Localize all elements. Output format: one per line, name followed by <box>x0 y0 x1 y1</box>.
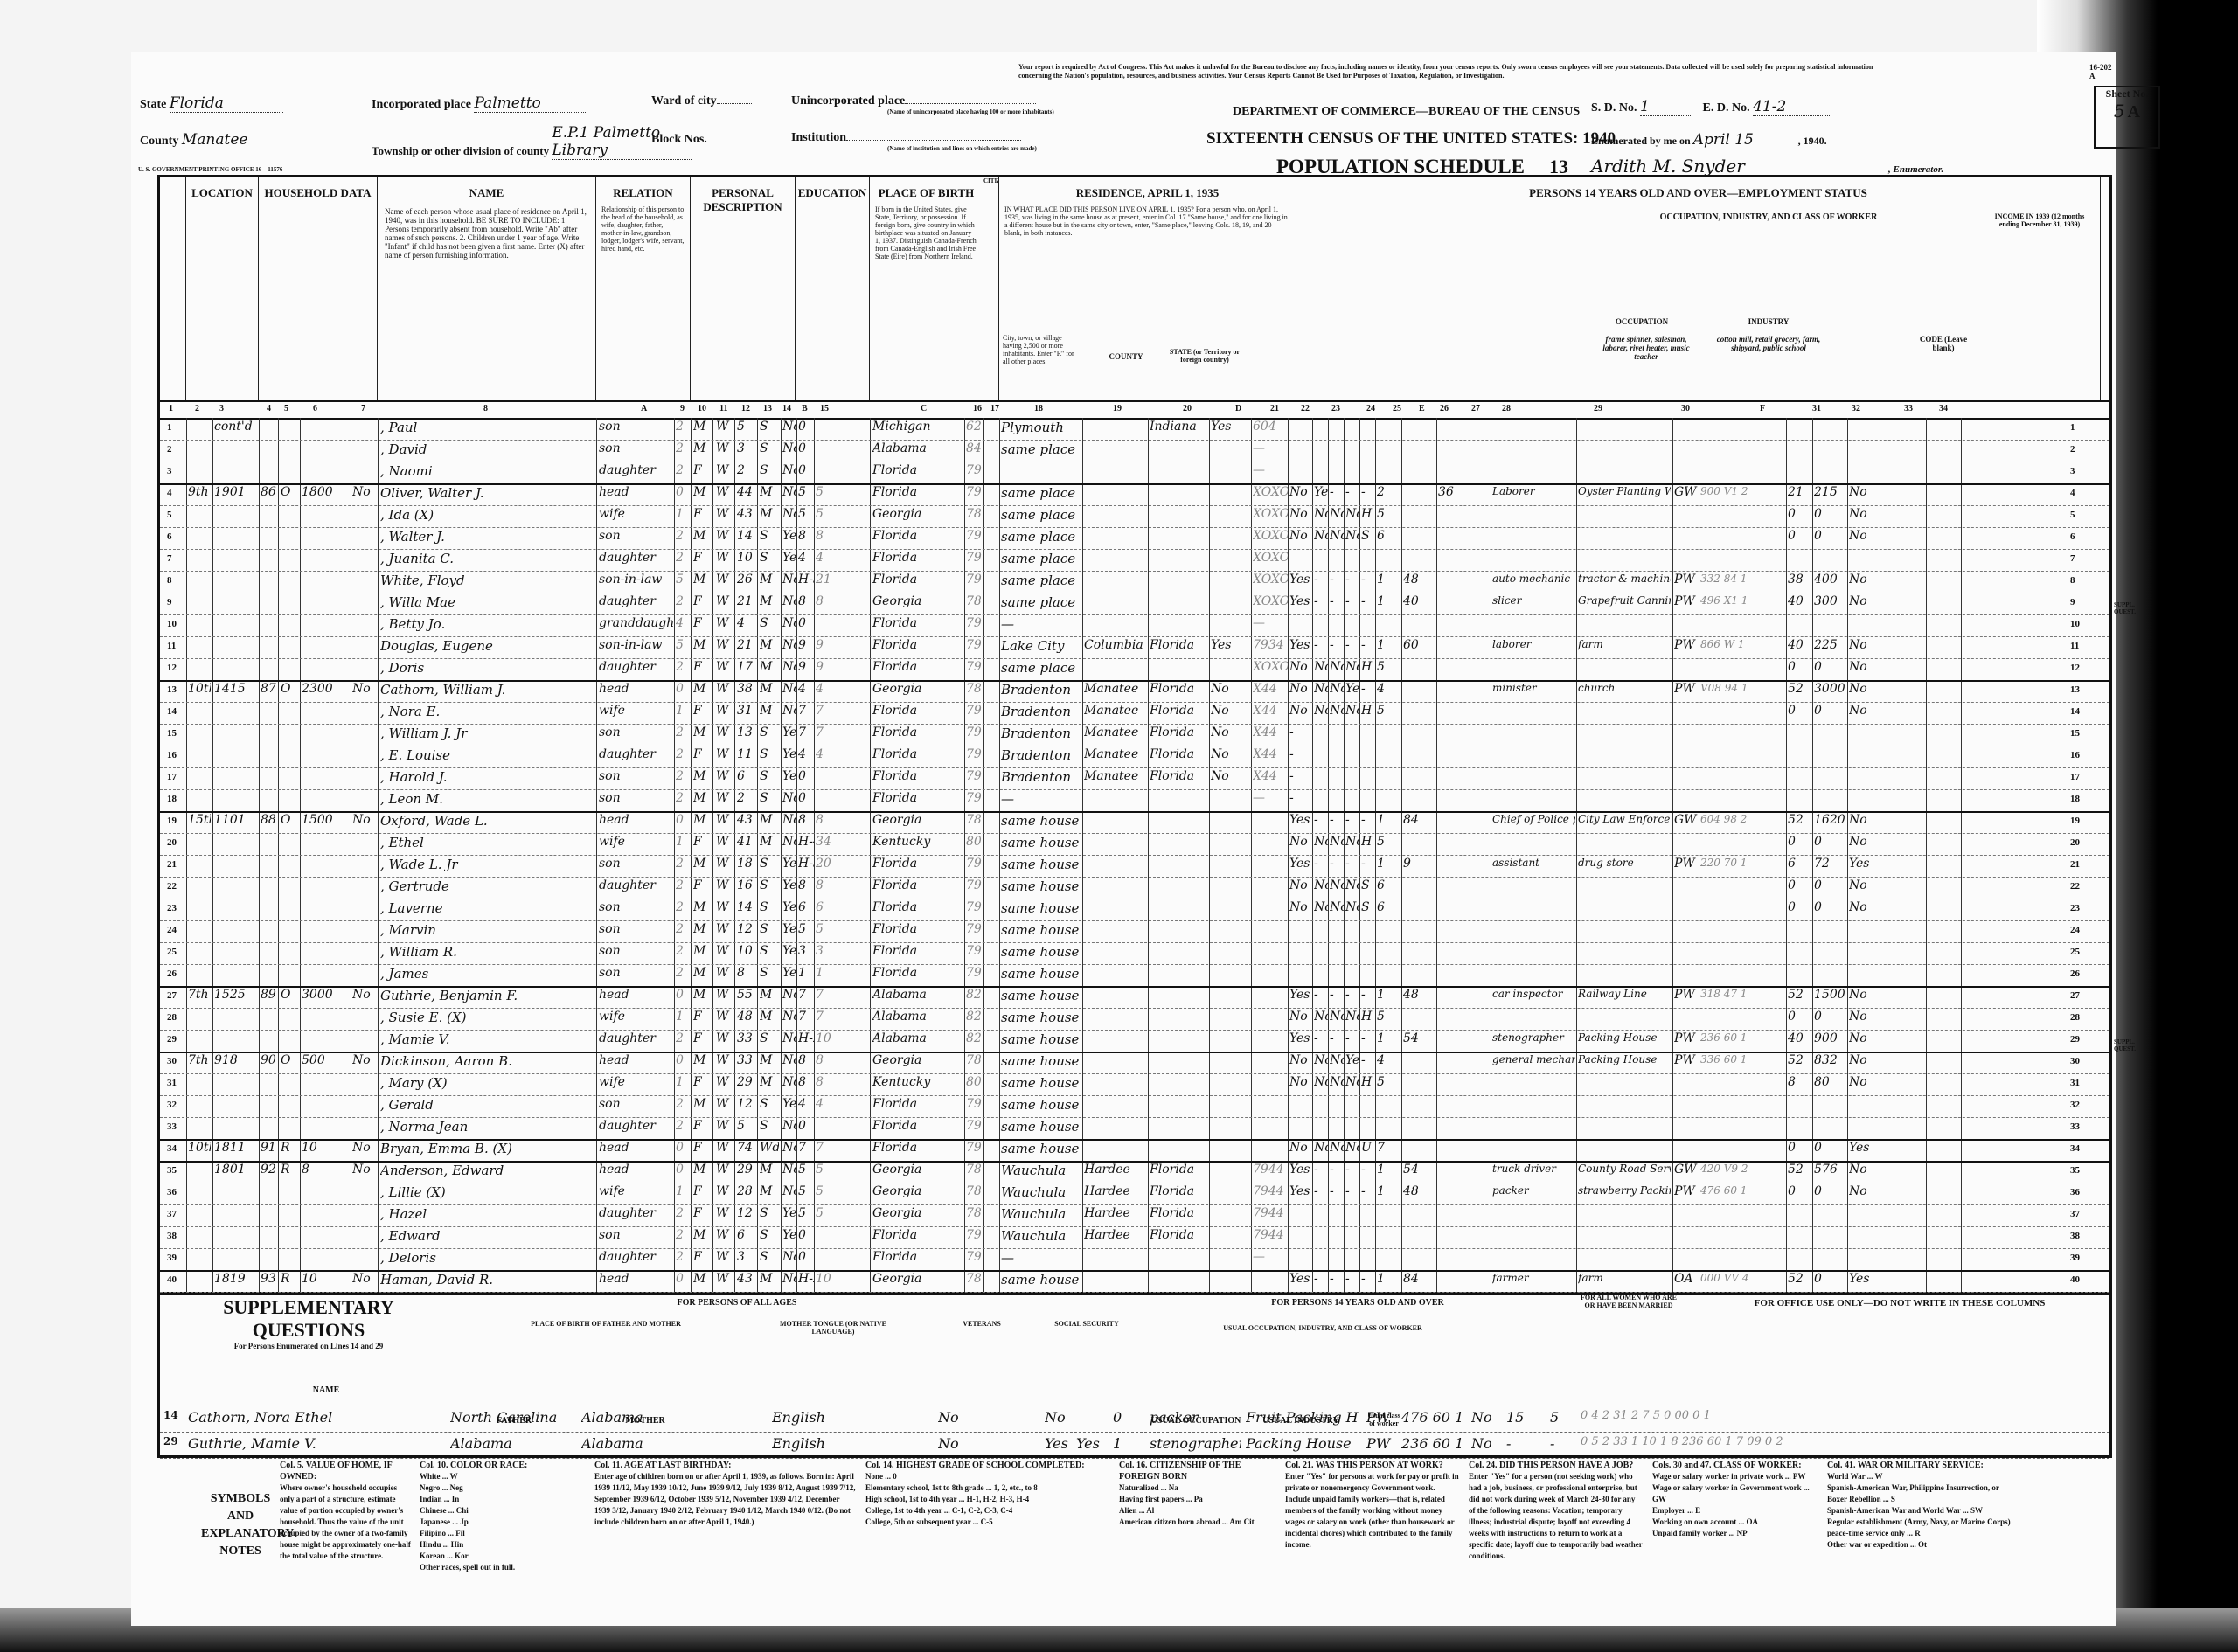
cell-code-f: 900 V1 2 <box>1700 485 1784 497</box>
cell-visit: 90 <box>261 1053 278 1067</box>
line-number-right: 39 <box>2070 1253 2080 1263</box>
cell-relation: daughter <box>599 1206 673 1220</box>
cell-seeking: No <box>1330 660 1344 674</box>
cell-school: Yes <box>782 1228 796 1242</box>
cell-activity: - <box>1361 1184 1375 1198</box>
cell-school: Yes <box>782 551 796 565</box>
cell-weeks: 0 <box>1788 660 1811 674</box>
cell-activity: - <box>1361 988 1375 1002</box>
cell-weeks: 8 <box>1788 1075 1811 1089</box>
cell-code-c: 79 <box>966 769 983 783</box>
supp-cell-line: 29 <box>163 1435 184 1447</box>
cell-marital: M <box>760 1010 779 1024</box>
cell-res-farm: Yes <box>1211 420 1249 434</box>
cell-res-city: same house <box>1001 966 1081 982</box>
cell-res-state: Florida <box>1150 1228 1207 1242</box>
cell-activity: H <box>1361 835 1375 849</box>
line-number-right: 38 <box>2070 1231 2080 1241</box>
cell-race: W <box>716 573 733 587</box>
cell-industry: drug store <box>1578 857 1671 869</box>
cell-code-e: 1 <box>1377 638 1400 652</box>
cell-sex: M <box>693 813 711 827</box>
cell-emerg: No <box>1314 660 1328 674</box>
cell-activity: U <box>1361 1141 1375 1155</box>
cell-activity: - <box>1361 485 1375 499</box>
cell-birthplace: Georgia <box>872 1206 963 1220</box>
cell-emerg: No <box>1314 1010 1328 1024</box>
cell-marital: S <box>760 966 779 980</box>
line-number-right: 29 <box>2070 1034 2080 1045</box>
cell-school: No <box>782 1250 796 1264</box>
cell-code-b: 9 <box>816 638 833 652</box>
cell-marital: S <box>760 463 779 477</box>
cell-birthplace: Florida <box>872 725 963 739</box>
cell-age: 14 <box>737 900 756 914</box>
cell-code-a: 2 <box>676 878 690 892</box>
cell-grade: 8 <box>798 529 814 543</box>
cell-other-income: No <box>1849 529 1886 543</box>
cell-sex: F <box>693 835 711 849</box>
column-number-row: 1 2 3 4 5 6 7 8 A 9 10 11 12 13 14 B 15 … <box>160 400 2109 420</box>
cell-visit: 88 <box>261 813 278 827</box>
cell-grade: 5 <box>798 485 814 499</box>
line-number-right: 8 <box>2070 575 2075 586</box>
line-number-right: 19 <box>2070 816 2080 826</box>
cell-at-work: No <box>1289 660 1312 674</box>
col-group-employment: PERSONS 14 YEARS OLD AND OVER—EMPLOYMENT… <box>1296 177 2101 400</box>
cell-code-b: 1 <box>816 966 833 980</box>
line-number-right: 13 <box>2070 684 2080 695</box>
cell-age: 44 <box>737 485 756 499</box>
cell-code-a: 2 <box>676 966 690 980</box>
cell-school: No <box>782 704 796 718</box>
cell-emerg: No <box>1314 682 1328 696</box>
line-number: 19 <box>167 816 177 826</box>
table-row: 3333, Norma Jeandaughter2FW5SNo0Florida7… <box>160 1117 2109 1141</box>
cell-res-farm: No <box>1211 725 1249 739</box>
cell-industry: County Road Service <box>1578 1163 1671 1175</box>
cell-relation: son <box>599 529 673 543</box>
cell-code-d: XOXO <box>1253 485 1288 499</box>
cell-race: W <box>716 1053 733 1067</box>
gpo-note: U. S. GOVERNMENT PRINTING OFFICE 16—1157… <box>138 166 282 173</box>
cell-weeks: 0 <box>1788 1010 1811 1024</box>
cell-class: PW <box>1674 1053 1699 1067</box>
line-number-right: 21 <box>2070 859 2080 870</box>
cell-race: W <box>716 616 733 630</box>
cell-marital: S <box>760 747 779 761</box>
cell-birthplace: Kentucky <box>872 1075 963 1089</box>
cell-wages: 0 <box>1814 1272 1845 1286</box>
cell-age: 33 <box>737 1053 756 1067</box>
cell-age: 41 <box>737 835 756 849</box>
cell-code-d: XOXO <box>1253 660 1288 674</box>
cell-race: W <box>716 900 733 914</box>
cell-race: W <box>716 944 733 958</box>
cell-age: 12 <box>737 1097 756 1111</box>
cell-name: , Wade L. Jr <box>380 857 594 872</box>
cell-house: cont'd <box>214 420 258 434</box>
line-number: 6 <box>167 531 172 542</box>
cell-birthplace: Georgia <box>872 813 963 827</box>
cell-wages: 832 <box>1814 1053 1845 1067</box>
cell-emerg: - <box>1314 1163 1328 1177</box>
cell-weeks: 52 <box>1788 1272 1811 1286</box>
cell-activity: H <box>1361 1075 1375 1089</box>
cell-house: 1811 <box>214 1141 258 1155</box>
line-number-right: 20 <box>2070 837 2080 848</box>
line-number-right: 7 <box>2070 553 2075 564</box>
cell-name: , William J. Jr <box>380 725 594 741</box>
cell-seeking: No <box>1330 682 1344 696</box>
cell-code-f: 866 W 1 <box>1700 638 1784 650</box>
cell-code-c: 79 <box>966 616 983 630</box>
table-row: 99, Willa Maedaughter2FW21MNo88Georgia78… <box>160 593 2109 615</box>
cell-relation: daughter <box>599 1250 673 1264</box>
cell-emerg: - <box>1314 1184 1328 1198</box>
cell-name: , Mary (X) <box>380 1075 594 1091</box>
cell-res-farm: No <box>1211 704 1249 718</box>
cell-res-city: same house <box>1001 988 1081 1003</box>
form-number: 16-202 A <box>2089 63 2116 80</box>
cell-age: 29 <box>737 1075 756 1089</box>
cell-grade: 5 <box>798 1163 814 1177</box>
cell-visit: 89 <box>261 988 278 1002</box>
supp-cell-mother: Alabama <box>581 1435 708 1452</box>
cell-code-f: 336 60 1 <box>1700 1053 1784 1065</box>
cell-farm: No <box>352 813 377 827</box>
cell-industry: strawberry Packing Shed <box>1578 1184 1671 1197</box>
line-number: 11 <box>167 641 176 651</box>
cell-relation: head <box>599 682 673 696</box>
line-number: 10 <box>167 619 177 629</box>
cell-grade: H-4 <box>798 835 814 849</box>
cell-other-income: No <box>1849 594 1886 608</box>
cell-code-e: 4 <box>1377 682 1400 696</box>
cell-class: GW <box>1674 485 1699 499</box>
cell-relation: daughter <box>599 660 673 674</box>
cell-birthplace: Florida <box>872 463 963 477</box>
cell-code-b: 8 <box>816 1075 833 1089</box>
table-row: 1717, Harold J.son2MW6SYes0Florida79Brad… <box>160 767 2109 790</box>
supp-cell-usual-class: PW <box>1366 1409 1398 1426</box>
note-item: College, 1st to 4th year ... C-1, C-2, C… <box>865 1505 1102 1517</box>
cell-school: Yes <box>782 769 796 783</box>
cell-weeks: 0 <box>1788 900 1811 914</box>
cell-res-state: Florida <box>1150 704 1207 718</box>
cell-grade: 0 <box>798 1119 814 1133</box>
table-row: 88White, Floydson-in-law5MW26MNoH-321Flo… <box>160 571 2109 593</box>
cell-grade: 4 <box>798 1097 814 1111</box>
symbols-title: SYMBOLS AND EXPLANATORY NOTES <box>201 1490 280 1560</box>
cell-res-county: Manatee <box>1084 769 1147 783</box>
cell-race: W <box>716 507 733 521</box>
cell-wages: 0 <box>1814 704 1845 718</box>
cell-marital: M <box>760 835 779 849</box>
cell-marital: M <box>760 1272 779 1286</box>
table-row: 343410th Ave181191R10NoBryan, Emma B. (X… <box>160 1139 2109 1163</box>
sd-field: S. D. No. 1 E. D. No. 41-2 <box>1591 98 1831 116</box>
cell-code-c: 78 <box>966 1184 983 1198</box>
cell-name: , Willa Mae <box>380 594 594 610</box>
cell-class: PW <box>1674 638 1699 652</box>
supp-cell-tongue: English <box>772 1409 894 1426</box>
cell-res-city: same house <box>1001 944 1081 960</box>
supp-cell-name: Cathorn, Nora Ethel <box>188 1409 441 1426</box>
cell-name: , William R. <box>380 944 594 960</box>
cell-other-income: No <box>1849 813 1886 827</box>
cell-res-county: Hardee <box>1084 1206 1147 1220</box>
cell-birthplace: Kentucky <box>872 835 963 849</box>
cell-res-farm: Yes <box>1211 638 1249 652</box>
cell-relation: head <box>599 485 673 499</box>
cell-code-b: 4 <box>816 551 833 565</box>
cell-wages: 0 <box>1814 1141 1845 1155</box>
cell-name: , Doris <box>380 660 594 676</box>
line-number-right: 31 <box>2070 1078 2080 1088</box>
cell-birthplace: Florida <box>872 747 963 761</box>
cell-at-work: - <box>1289 725 1312 739</box>
cell-relation: wife <box>599 1075 673 1089</box>
cell-farm: No <box>352 1053 377 1067</box>
cell-wages: 3000 <box>1814 682 1845 696</box>
cell-hours: 54 <box>1403 1163 1435 1177</box>
cell-grade: 8 <box>798 1053 814 1067</box>
cell-class: PW <box>1674 573 1699 587</box>
cell-res-state: Florida <box>1150 747 1207 761</box>
cell-emerg: - <box>1314 813 1328 827</box>
cell-relation: daughter <box>599 1031 673 1045</box>
cell-res-city: same house <box>1001 1010 1081 1025</box>
cell-job: - <box>1345 1031 1359 1045</box>
cell-res-county: Hardee <box>1084 1228 1147 1242</box>
cell-grade: 5 <box>798 1184 814 1198</box>
cell-sex: F <box>693 704 711 718</box>
cell-at-work: Yes <box>1289 1272 1312 1286</box>
cell-birthplace: Georgia <box>872 594 963 608</box>
cell-name: , Walter J. <box>380 529 594 545</box>
cell-emerg: No <box>1314 900 1328 914</box>
cell-sex: F <box>693 1031 711 1045</box>
cell-occupation: car inspector <box>1492 988 1575 1000</box>
cell-other-income: No <box>1849 704 1886 718</box>
cell-emerg: No <box>1314 529 1328 543</box>
cell-industry: tractor & machine shop <box>1578 573 1671 585</box>
cell-race: W <box>716 638 733 652</box>
cell-marital: S <box>760 791 779 805</box>
line-number: 34 <box>167 1143 177 1154</box>
cell-at-work: No <box>1289 1010 1312 1024</box>
cell-code-a: 1 <box>676 1010 690 1024</box>
supp-cell-code-j: 476 60 1 <box>1401 1409 1463 1426</box>
cell-code-f: 318 47 1 <box>1700 988 1784 1000</box>
cell-activity: - <box>1361 573 1375 587</box>
cell-farm: No <box>352 485 377 499</box>
cell-code-e: 1 <box>1377 573 1400 587</box>
sd-value: 1 <box>1640 98 1692 116</box>
line-number: 16 <box>167 750 177 760</box>
cell-job: No <box>1345 507 1359 521</box>
cell-job: No <box>1345 1141 1359 1155</box>
cell-code-c: 79 <box>966 529 983 543</box>
cell-activity: H <box>1361 1010 1375 1024</box>
cell-age: 2 <box>737 463 756 477</box>
cell-code-b: 10 <box>816 1272 833 1286</box>
cell-name: , Paul <box>380 420 594 435</box>
cell-sex: M <box>693 573 711 587</box>
line-number: 9 <box>167 597 172 607</box>
cell-res-city: same house <box>1001 1075 1081 1091</box>
note-item: Wage or salary worker in private work ..… <box>1652 1471 1818 1482</box>
line-number: 7 <box>167 553 172 564</box>
cell-relation: wife <box>599 1010 673 1024</box>
cell-code-e: 5 <box>1377 835 1400 849</box>
cell-name: , David <box>380 441 594 457</box>
cell-sex: F <box>693 551 711 565</box>
cell-code-a: 0 <box>676 485 690 499</box>
cell-relation: wife <box>599 1184 673 1198</box>
cell-age: 3 <box>737 1250 756 1264</box>
cell-industry: church <box>1578 682 1671 694</box>
cell-code-c: 79 <box>966 1119 983 1133</box>
cell-name: , Ethel <box>380 835 594 850</box>
cell-race: W <box>716 813 733 827</box>
cell-sex: M <box>693 638 711 652</box>
cell-occupation: farmer <box>1492 1272 1575 1284</box>
cell-job: - <box>1345 813 1359 827</box>
cell-grade: 5 <box>798 1206 814 1220</box>
state-value: Florida <box>170 94 283 113</box>
cell-res-county: Columbia <box>1084 638 1147 652</box>
note-col10: Col. 10. COLOR OR RACE:White ... WNegro … <box>420 1460 577 1573</box>
cell-birthplace: Florida <box>872 529 963 543</box>
cell-relation: son <box>599 1228 673 1242</box>
cell-code-a: 0 <box>676 682 690 696</box>
cell-school: No <box>782 616 796 630</box>
cell-wages: 72 <box>1814 857 1845 871</box>
cell-code-e: 1 <box>1377 594 1400 608</box>
cell-other-income: No <box>1849 1184 1886 1198</box>
supp-cell-usual-industry: Packing House <box>1246 1435 1359 1452</box>
cell-code-d: 7944 <box>1253 1163 1288 1177</box>
note-col11: Col. 11. AGE AT LAST BIRTHDAY:Enter age … <box>594 1460 857 1528</box>
cell-name: , Susie E. (X) <box>380 1010 594 1025</box>
cell-own: O <box>281 813 298 827</box>
cell-wages: 225 <box>1814 638 1845 652</box>
line-number-right: 10 <box>2070 619 2080 629</box>
cell-code-b: 5 <box>816 1184 833 1198</box>
cell-code-c: 79 <box>966 791 983 805</box>
table-row: 3737, Hazeldaughter2FW12SYes55Georgia78W… <box>160 1204 2109 1227</box>
supp-cell-mother: Alabama <box>581 1409 708 1426</box>
cell-name: , E. Louise <box>380 747 594 763</box>
cell-code-b: 7 <box>816 704 833 718</box>
cell-code-a: 1 <box>676 704 690 718</box>
cell-code-a: 2 <box>676 1119 690 1133</box>
cell-grade: 8 <box>798 594 814 608</box>
enumeration-date-field: Enumerated by me on April 15, 1940. <box>1591 131 1827 149</box>
incorporated-place-value: Palmetto <box>474 94 587 113</box>
table-row: 3939, Delorisdaughter2FW3SNo0Florida79—— <box>160 1248 2109 1272</box>
line-number: 8 <box>167 575 172 586</box>
cell-code-e: 2 <box>1377 485 1400 499</box>
cell-code-c: 78 <box>966 1206 983 1220</box>
cell-birthplace: Alabama <box>872 1031 963 1045</box>
cell-house: 918 <box>214 1053 258 1067</box>
cell-grade: 5 <box>798 507 814 521</box>
cell-code-b: 7 <box>816 725 833 739</box>
line-number-right: 1 <box>2070 422 2075 433</box>
cell-code-e: 5 <box>1377 1075 1400 1089</box>
table-row: 2121, Wade L. Jrson2MW18SYesH-320Florida… <box>160 855 2109 878</box>
cell-code-e: 1 <box>1377 813 1400 827</box>
institution-field: Institution (Name of institution and lin… <box>791 131 1037 152</box>
cell-school: No <box>782 463 796 477</box>
cell-res-city: Bradenton <box>1001 725 1081 741</box>
note-item: American citizen born abroad ... Am Cit <box>1119 1517 1276 1528</box>
cell-job: - <box>1345 857 1359 871</box>
cell-code-e: 1 <box>1377 1272 1400 1286</box>
cell-relation: son <box>599 791 673 805</box>
cell-code-c: 84 <box>966 441 983 455</box>
cell-seeking: No <box>1330 507 1344 521</box>
cell-code-c: 79 <box>966 1141 983 1155</box>
table-row: 3636, Lillie (X)wife1FW28MNo55Georgia78W… <box>160 1183 2109 1205</box>
cell-at-work: Yes <box>1289 1031 1312 1045</box>
cell-name: , Laverne <box>380 900 594 916</box>
cell-activity: - <box>1361 638 1375 652</box>
cell-name: , Naomi <box>380 463 594 479</box>
cell-wages: 80 <box>1814 1075 1845 1089</box>
cell-at-work: No <box>1289 485 1312 499</box>
cell-grade: 7 <box>798 725 814 739</box>
cell-grade: H-3 <box>798 857 814 871</box>
cell-code-d: X44 <box>1253 704 1288 718</box>
cell-emerg: - <box>1314 638 1328 652</box>
cell-school: Yes <box>782 900 796 914</box>
cell-wages: 0 <box>1814 835 1845 849</box>
cell-at-work: No <box>1289 507 1312 521</box>
line-number-right: 5 <box>2070 510 2075 520</box>
cell-wages: 0 <box>1814 900 1845 914</box>
cell-code-b: 7 <box>816 1010 833 1024</box>
cell-name: Bryan, Emma B. (X) <box>380 1141 594 1156</box>
cell-code-e: 1 <box>1377 1184 1400 1198</box>
cell-res-county: Hardee <box>1084 1184 1147 1198</box>
cell-res-city: — <box>1001 616 1081 632</box>
cell-relation: son-in-law <box>599 638 673 652</box>
cell-res-state: Florida <box>1150 682 1207 696</box>
cell-school: No <box>782 1010 796 1024</box>
cell-sex: F <box>693 1010 711 1024</box>
cell-sex: M <box>693 988 711 1002</box>
cell-activity: S <box>1361 900 1375 914</box>
cell-code-a: 2 <box>676 857 690 871</box>
cell-code-b: 6 <box>816 900 833 914</box>
cell-code-a: 0 <box>676 1272 690 1286</box>
cell-activity: - <box>1361 813 1375 827</box>
cell-school: No <box>782 1075 796 1089</box>
cell-emerg: - <box>1314 1031 1328 1045</box>
cell-res-city: — <box>1001 1250 1081 1266</box>
cell-race: W <box>716 682 733 696</box>
cell-code-b: 7 <box>816 1141 833 1155</box>
cell-age: 17 <box>737 660 756 674</box>
cell-school: Yes <box>782 747 796 761</box>
cell-code-a: 2 <box>676 529 690 543</box>
cell-own: R <box>281 1272 298 1286</box>
cell-code-d: 7934 <box>1253 638 1288 652</box>
